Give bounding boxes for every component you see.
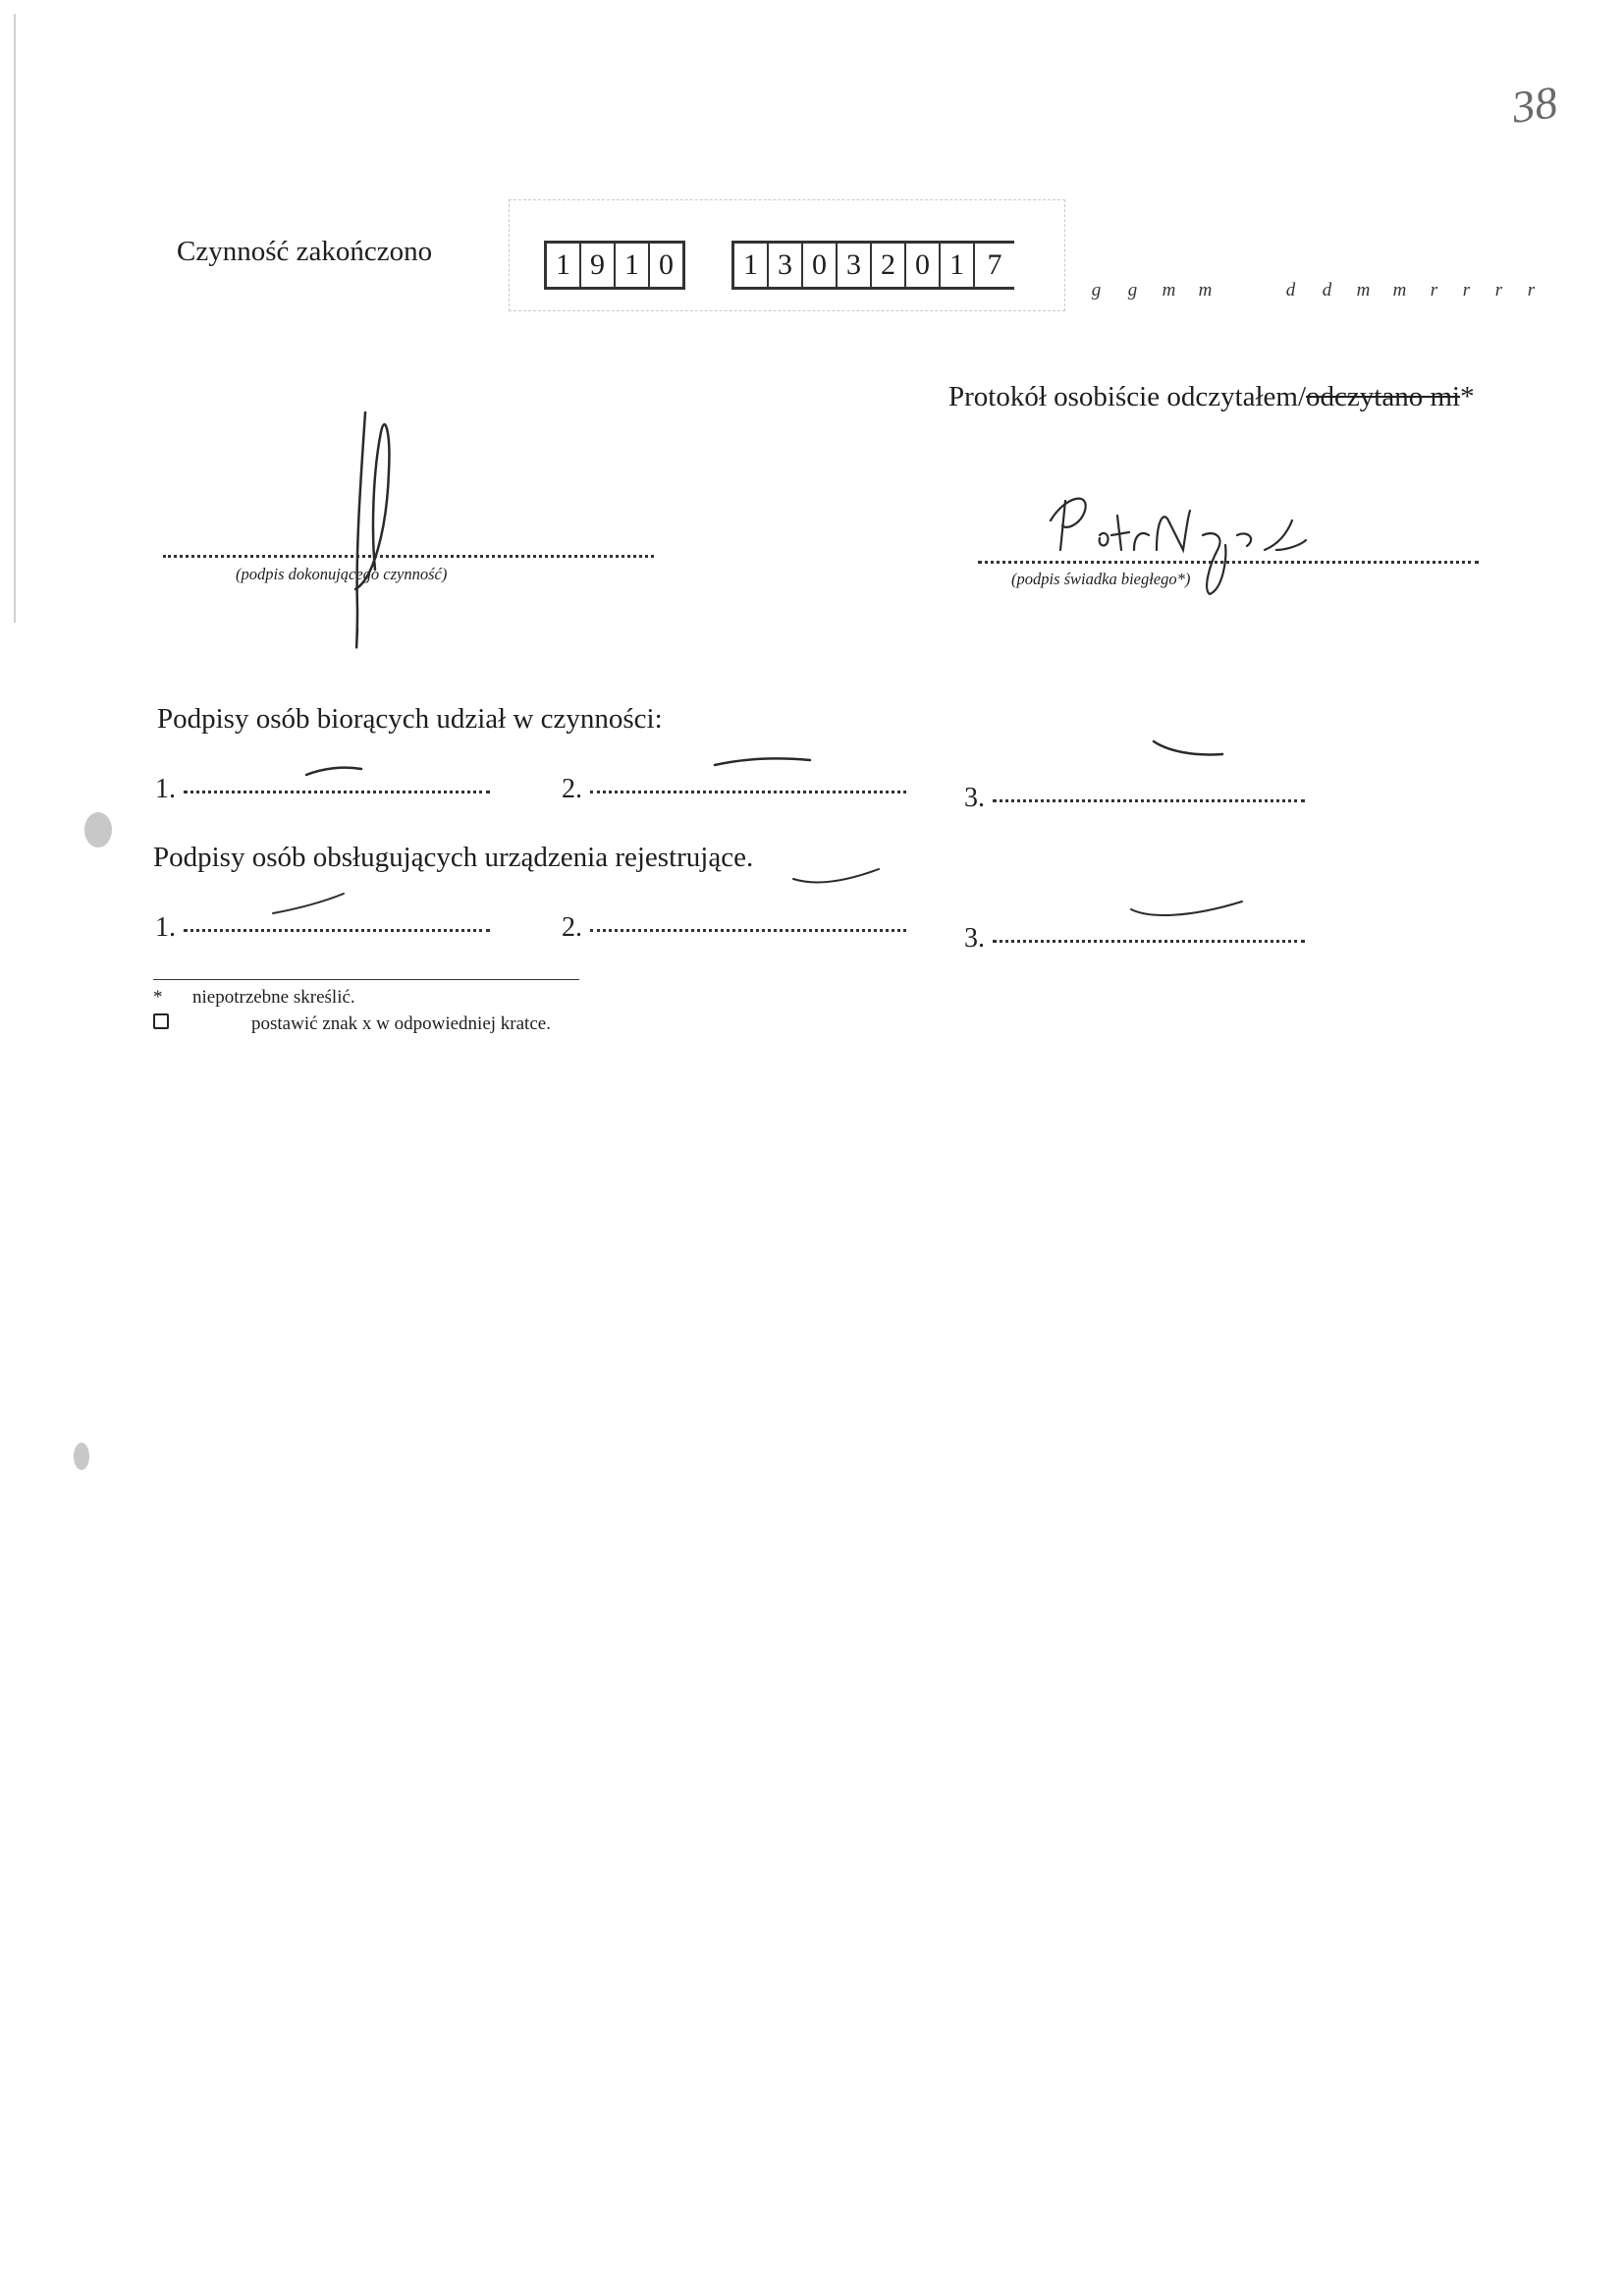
datetime-format-hints: ggmmddmmrrrr [1078, 280, 1547, 301]
slot-number: 1. [155, 774, 176, 805]
participant-signature-slot-2[interactable]: 2. [562, 774, 906, 805]
witness-signature-caption: (podpis świadka biegłego*) [1011, 570, 1190, 589]
recorder-signature-slot-1[interactable]: 1. [155, 912, 490, 944]
signature-dotted-line [993, 940, 1305, 943]
date-digit: 0 [906, 244, 941, 287]
format-hint-letter: r [1450, 280, 1483, 301]
recorder-signature-slot-3[interactable]: 3. [964, 923, 1305, 955]
slot-number: 2. [562, 912, 582, 944]
format-hint-letter: g [1078, 280, 1114, 301]
performer-signature-caption: (podpis dokonującego czynność) [236, 565, 447, 584]
format-hint-letter [1223, 280, 1272, 301]
time-digit: 0 [650, 244, 682, 287]
recorder-mark-3 [1131, 902, 1242, 915]
slot-number: 1. [155, 912, 176, 944]
recorder-signature-slot-2[interactable]: 2. [562, 912, 906, 944]
date-digit: 3 [769, 244, 803, 287]
slot-number: 3. [964, 923, 985, 955]
activity-finished-label: Czynność zakończono [177, 236, 432, 268]
signature-dotted-line [590, 929, 906, 932]
format-hint-letter: m [1345, 280, 1381, 301]
asterisk-marker: * [153, 987, 192, 1009]
handwriting-overlay [0, 0, 1623, 2296]
format-hint-letter: m [1187, 280, 1223, 301]
slot-number: 3. [964, 783, 985, 814]
footnote-divider [153, 979, 579, 980]
signature-dotted-line [184, 791, 490, 793]
format-hint-letter: g [1114, 280, 1151, 301]
participant-signature-slot-3[interactable]: 3. [964, 783, 1305, 814]
format-hint-letter: r [1515, 280, 1547, 301]
date-digit: 2 [872, 244, 906, 287]
date-digit: 7 [975, 244, 1014, 287]
participant-signature-slot-1[interactable]: 1. [155, 774, 490, 805]
witness-signature-line[interactable] [978, 561, 1479, 564]
time-digit: 1 [616, 244, 650, 287]
format-hint-letter: m [1381, 280, 1418, 301]
footnote-text: postawić znak x w odpowiedniej kratce. [251, 1013, 551, 1035]
footnote-strike: * niepotrzebne skreślić. [153, 987, 355, 1009]
scan-smudge [84, 812, 112, 847]
date-digit: 1 [941, 244, 975, 287]
recorders-section-title: Podpisy osób obsługujących urządzenia re… [153, 842, 753, 874]
date-digit: 3 [838, 244, 872, 287]
signature-dotted-line [590, 791, 906, 793]
slot-number: 2. [562, 774, 582, 805]
date-digit: 1 [734, 244, 769, 287]
protocol-read-text: Protokół osobiście odczytałem/ [948, 381, 1306, 412]
format-hint-letter: m [1151, 280, 1187, 301]
protocol-read-statement: Protokół osobiście odczytałem/odczytano … [948, 381, 1475, 413]
format-hint-letter: r [1483, 280, 1515, 301]
checkbox-icon [153, 1013, 169, 1029]
footnote-checkbox: postawić znak x w odpowiedniej kratce. [153, 1013, 551, 1035]
time-field[interactable]: 1 9 1 0 [544, 241, 685, 290]
signature-dotted-line [993, 799, 1305, 802]
recorder-mark-title [793, 869, 879, 882]
format-hint-letter: r [1418, 280, 1450, 301]
protocol-read-struck-text: odczytano mi [1306, 381, 1460, 412]
signature-dotted-line [184, 929, 490, 932]
date-digit: 0 [803, 244, 838, 287]
date-field[interactable]: 1 3 0 3 2 0 1 7 [731, 241, 1014, 290]
time-digit: 9 [581, 244, 616, 287]
participant-mark-2 [715, 758, 810, 765]
format-hint-letter: d [1309, 280, 1345, 301]
performer-signature-line[interactable] [163, 555, 654, 558]
scan-page-edge [14, 14, 16, 623]
scan-smudge [74, 1443, 89, 1470]
footnote-text: niepotrzebne skreślić. [192, 987, 355, 1009]
time-digit: 1 [547, 244, 581, 287]
page-number-handwritten: 38 [1509, 76, 1561, 134]
participants-section-title: Podpisy osób biorących udział w czynnośc… [157, 703, 663, 736]
protocol-read-suffix: * [1460, 381, 1475, 412]
recorder-mark-1 [273, 894, 344, 913]
performer-signature-mark [355, 412, 389, 647]
participant-mark-3 [1154, 741, 1222, 754]
format-hint-letter: d [1272, 280, 1309, 301]
